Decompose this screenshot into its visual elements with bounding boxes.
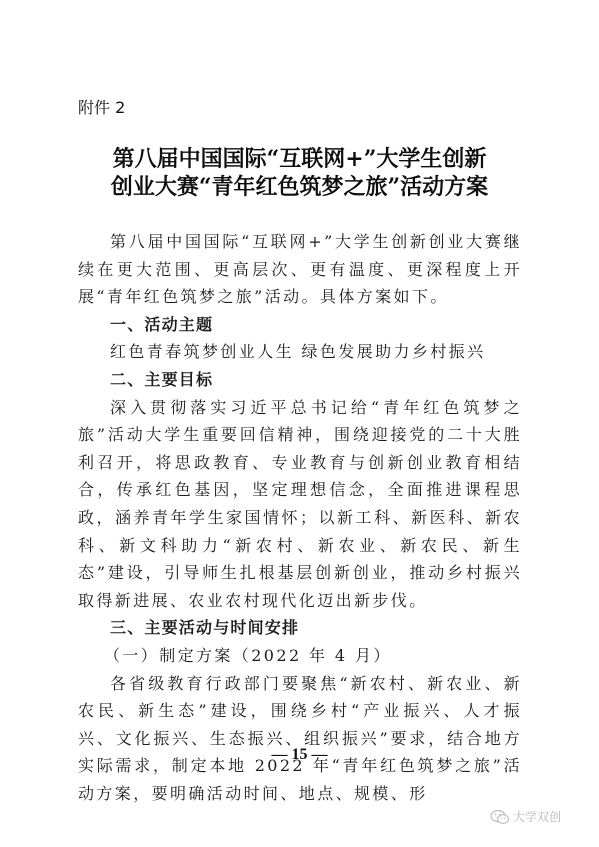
document-title: 第八届中国国际“互联网+”大学生创新 创业大赛“青年红色筑梦之旅”活动方案 bbox=[60, 145, 539, 201]
section-2-heading: 二、主要目标 bbox=[78, 366, 522, 394]
section-3-heading: 三、主要活动与时间安排 bbox=[78, 614, 522, 642]
section-2-text: 深入贯彻落实习近平总书记给“青年红色筑梦之旅”活动大学生重要回信精神，围绕迎接党… bbox=[78, 394, 522, 615]
section-3-text: 各省级教育行政部门要聚焦“新农村、新农业、新农民、新生态”建设，围绕乡村“产业振… bbox=[78, 670, 522, 808]
intro-paragraph: 第八届中国国际“互联网+”大学生创新创业大赛继续在更大范围、更高层次、更有温度、… bbox=[78, 228, 522, 311]
section-1-heading: 一、活动主题 bbox=[78, 311, 522, 339]
wechat-icon bbox=[490, 809, 510, 825]
watermark: 大学双创 bbox=[490, 808, 561, 825]
title-line-2: 创业大赛“青年红色筑梦之旅”活动方案 bbox=[60, 173, 539, 201]
document-page: 附件 2 第八届中国国际“互联网+”大学生创新 创业大赛“青年红色筑梦之旅”活动… bbox=[0, 0, 599, 847]
title-line-1: 第八届中国国际“互联网+”大学生创新 bbox=[60, 145, 539, 173]
section-1-text: 红色青春筑梦创业人生 绿色发展助力乡村振兴 bbox=[78, 338, 522, 366]
watermark-text: 大学双创 bbox=[513, 808, 561, 825]
section-3-subheading: （一）制定方案（2022 年 4 月） bbox=[78, 642, 522, 670]
attachment-label: 附件 2 bbox=[78, 98, 125, 118]
document-body: 第八届中国国际“互联网+”大学生创新创业大赛继续在更大范围、更高层次、更有温度、… bbox=[78, 228, 522, 807]
page-number: — 15 — bbox=[0, 745, 599, 765]
